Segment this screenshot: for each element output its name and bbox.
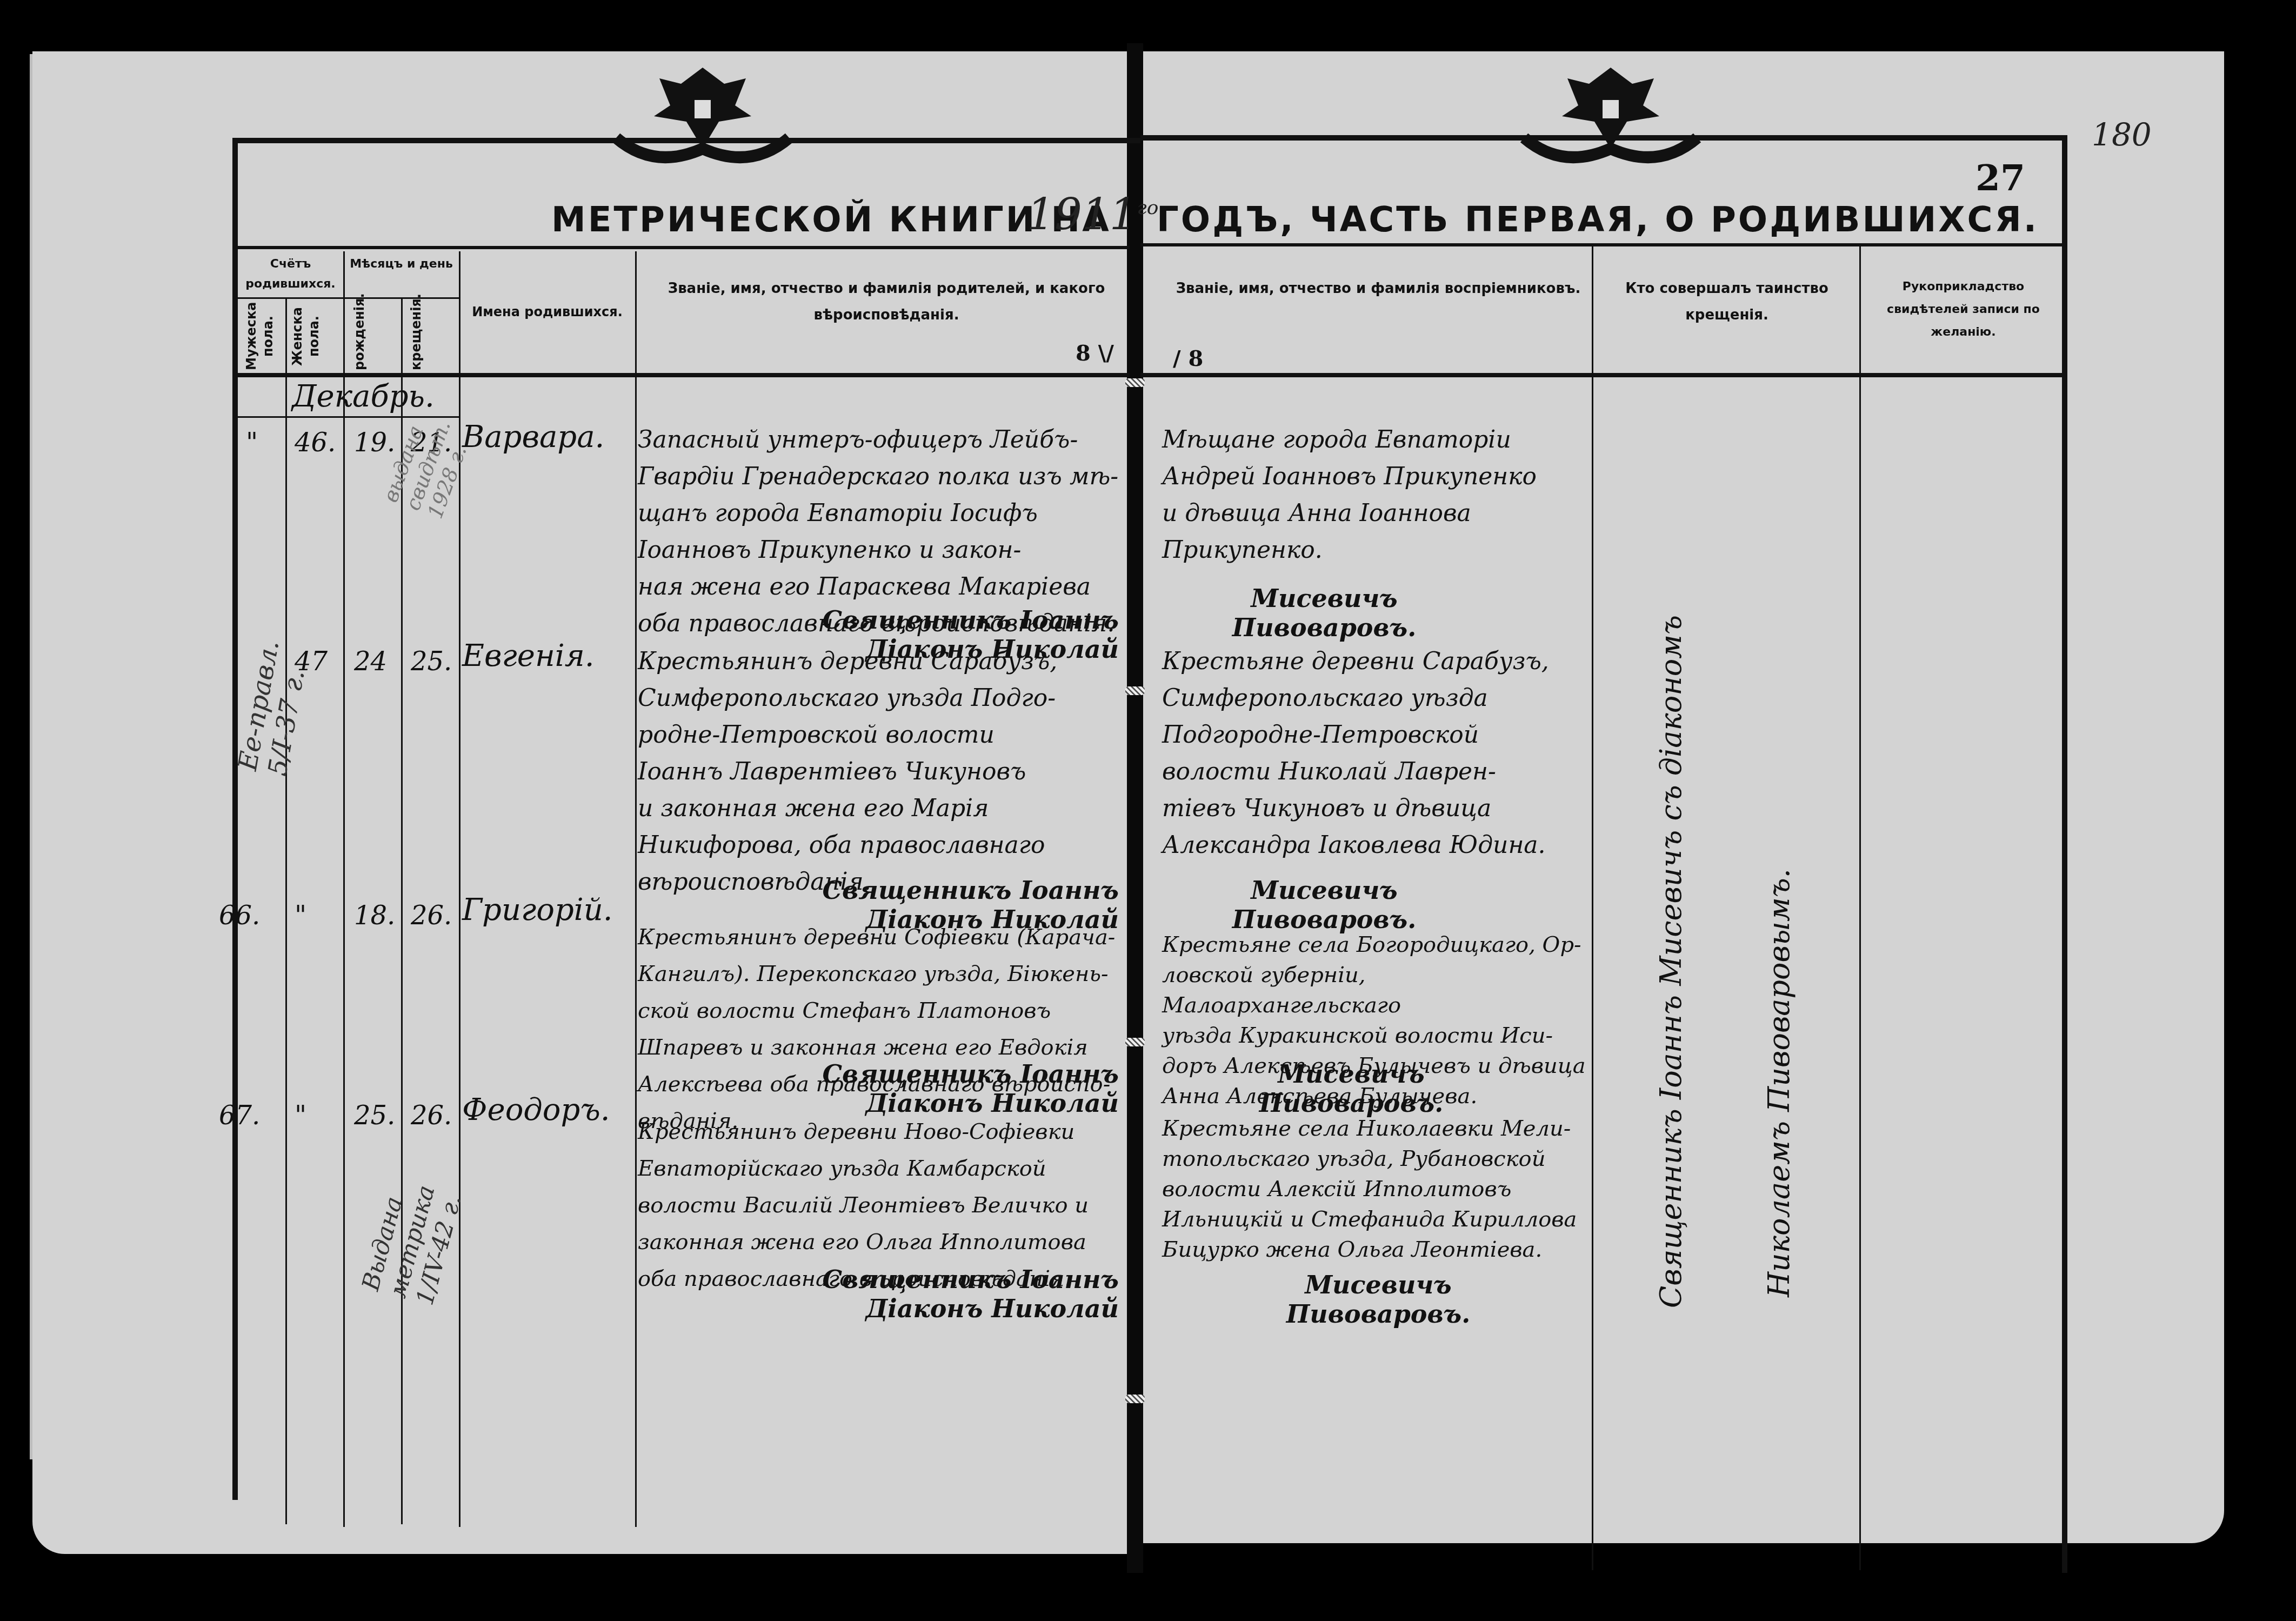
count-female: " — [295, 1097, 306, 1134]
header-date-birth: рожденія. — [351, 303, 397, 370]
column-divider — [1592, 246, 1593, 1570]
column-divider — [285, 297, 287, 1524]
count-female: " — [295, 897, 306, 934]
baptism-day: 26. — [411, 897, 452, 934]
godparents-signature: Мисевичъ Пивоваровъ. — [1243, 1059, 1459, 1118]
header-witnesses: Рукоприкладство свидѣтелей записи по жел… — [1865, 276, 2062, 343]
header-bottom-rule — [238, 373, 1130, 377]
birth-day: 24 — [354, 643, 387, 680]
birth-day: 25. — [354, 1097, 395, 1134]
child-name: Варвара. — [462, 419, 604, 456]
birth-day: 19. — [354, 424, 395, 461]
header-godparents: Званіе, имя, отчество и фамилія воспріем… — [1173, 276, 1584, 302]
header-parents: Званіе, имя, отчество и фамилія родителе… — [649, 276, 1124, 329]
header-performed-by: Кто совершалъ таинство крещенія. — [1600, 276, 1854, 329]
godparents-signature: Мисевичъ Пивоваровъ. — [1216, 876, 1432, 934]
header-bottom-rule — [1140, 373, 2065, 377]
handwritten-year: 1911го — [1027, 189, 1158, 239]
archive-folio-number: 180 — [2092, 116, 2152, 153]
header-mark-left: 8 \/ — [1076, 341, 1114, 366]
header-count-group: Счётъ родившихся. — [241, 254, 341, 295]
clergy-signature: Священникъ Іоаннъ Діаконъ Николай — [757, 1265, 1119, 1323]
count-male: 66. — [219, 897, 260, 934]
page-number: 27 — [1975, 157, 2025, 199]
godparents-signature: Мисевичъ Пивоваровъ. — [1216, 584, 1432, 642]
title-right: ГОДЪ, ЧАСТЬ ПЕРВАЯ, О РОДИВШИХСЯ. — [1157, 200, 2039, 240]
header-count-male: Мужеска пола. — [243, 303, 284, 370]
baptism-day: 26. — [411, 1097, 452, 1134]
column-divider — [635, 251, 637, 1527]
godparents-text: Крестьяне села Николаевки Мели- топольск… — [1162, 1113, 1589, 1265]
header-date-baptism: крещенія. — [408, 303, 454, 370]
header-date-group: Мѣсяцъ и день — [346, 254, 457, 274]
header-top-rule — [1140, 243, 2065, 246]
header-top-rule — [238, 246, 1130, 249]
godparents-text: Крестьяне деревни Сарабузъ, Симферопольс… — [1162, 643, 1589, 864]
subheader-rule — [238, 297, 459, 299]
child-name: Григорій. — [462, 892, 613, 929]
child-name: Евгенія. — [462, 638, 595, 675]
count-female: 46. — [295, 424, 336, 461]
performed-by-line2: Николаемъ Пивоваровымъ. — [1762, 541, 1796, 1297]
count-male: 67. — [219, 1097, 260, 1134]
column-divider — [343, 251, 345, 1527]
baptism-day: 25. — [411, 643, 452, 680]
count-male: " — [246, 424, 258, 461]
header-mark-right: / 8 — [1173, 346, 1203, 371]
clergy-signature: Священникъ Іоаннъ Діаконъ Николай — [811, 1059, 1119, 1118]
godparents-text: Мѣщане города Евпаторіи Андрей Іоанновъ … — [1162, 422, 1589, 569]
year-suffix: го — [1137, 197, 1159, 219]
performed-by-line1: Священникъ Іоаннъ Мисевичъ съ діакономъ — [1654, 389, 1688, 1308]
year-value: 1911 — [1027, 189, 1137, 239]
birth-day: 18. — [354, 897, 395, 934]
header-count-female: Женска пола. — [289, 303, 341, 370]
column-divider — [1859, 246, 1861, 1570]
child-name: Феодоръ. — [462, 1092, 610, 1129]
parents-text: Крестьянинъ деревни Сарабузъ, Симферопол… — [638, 643, 1124, 900]
header-names: Имена родившихся. — [462, 300, 632, 325]
godparents-signature: Мисевичъ Пивоваровъ. — [1270, 1270, 1486, 1329]
